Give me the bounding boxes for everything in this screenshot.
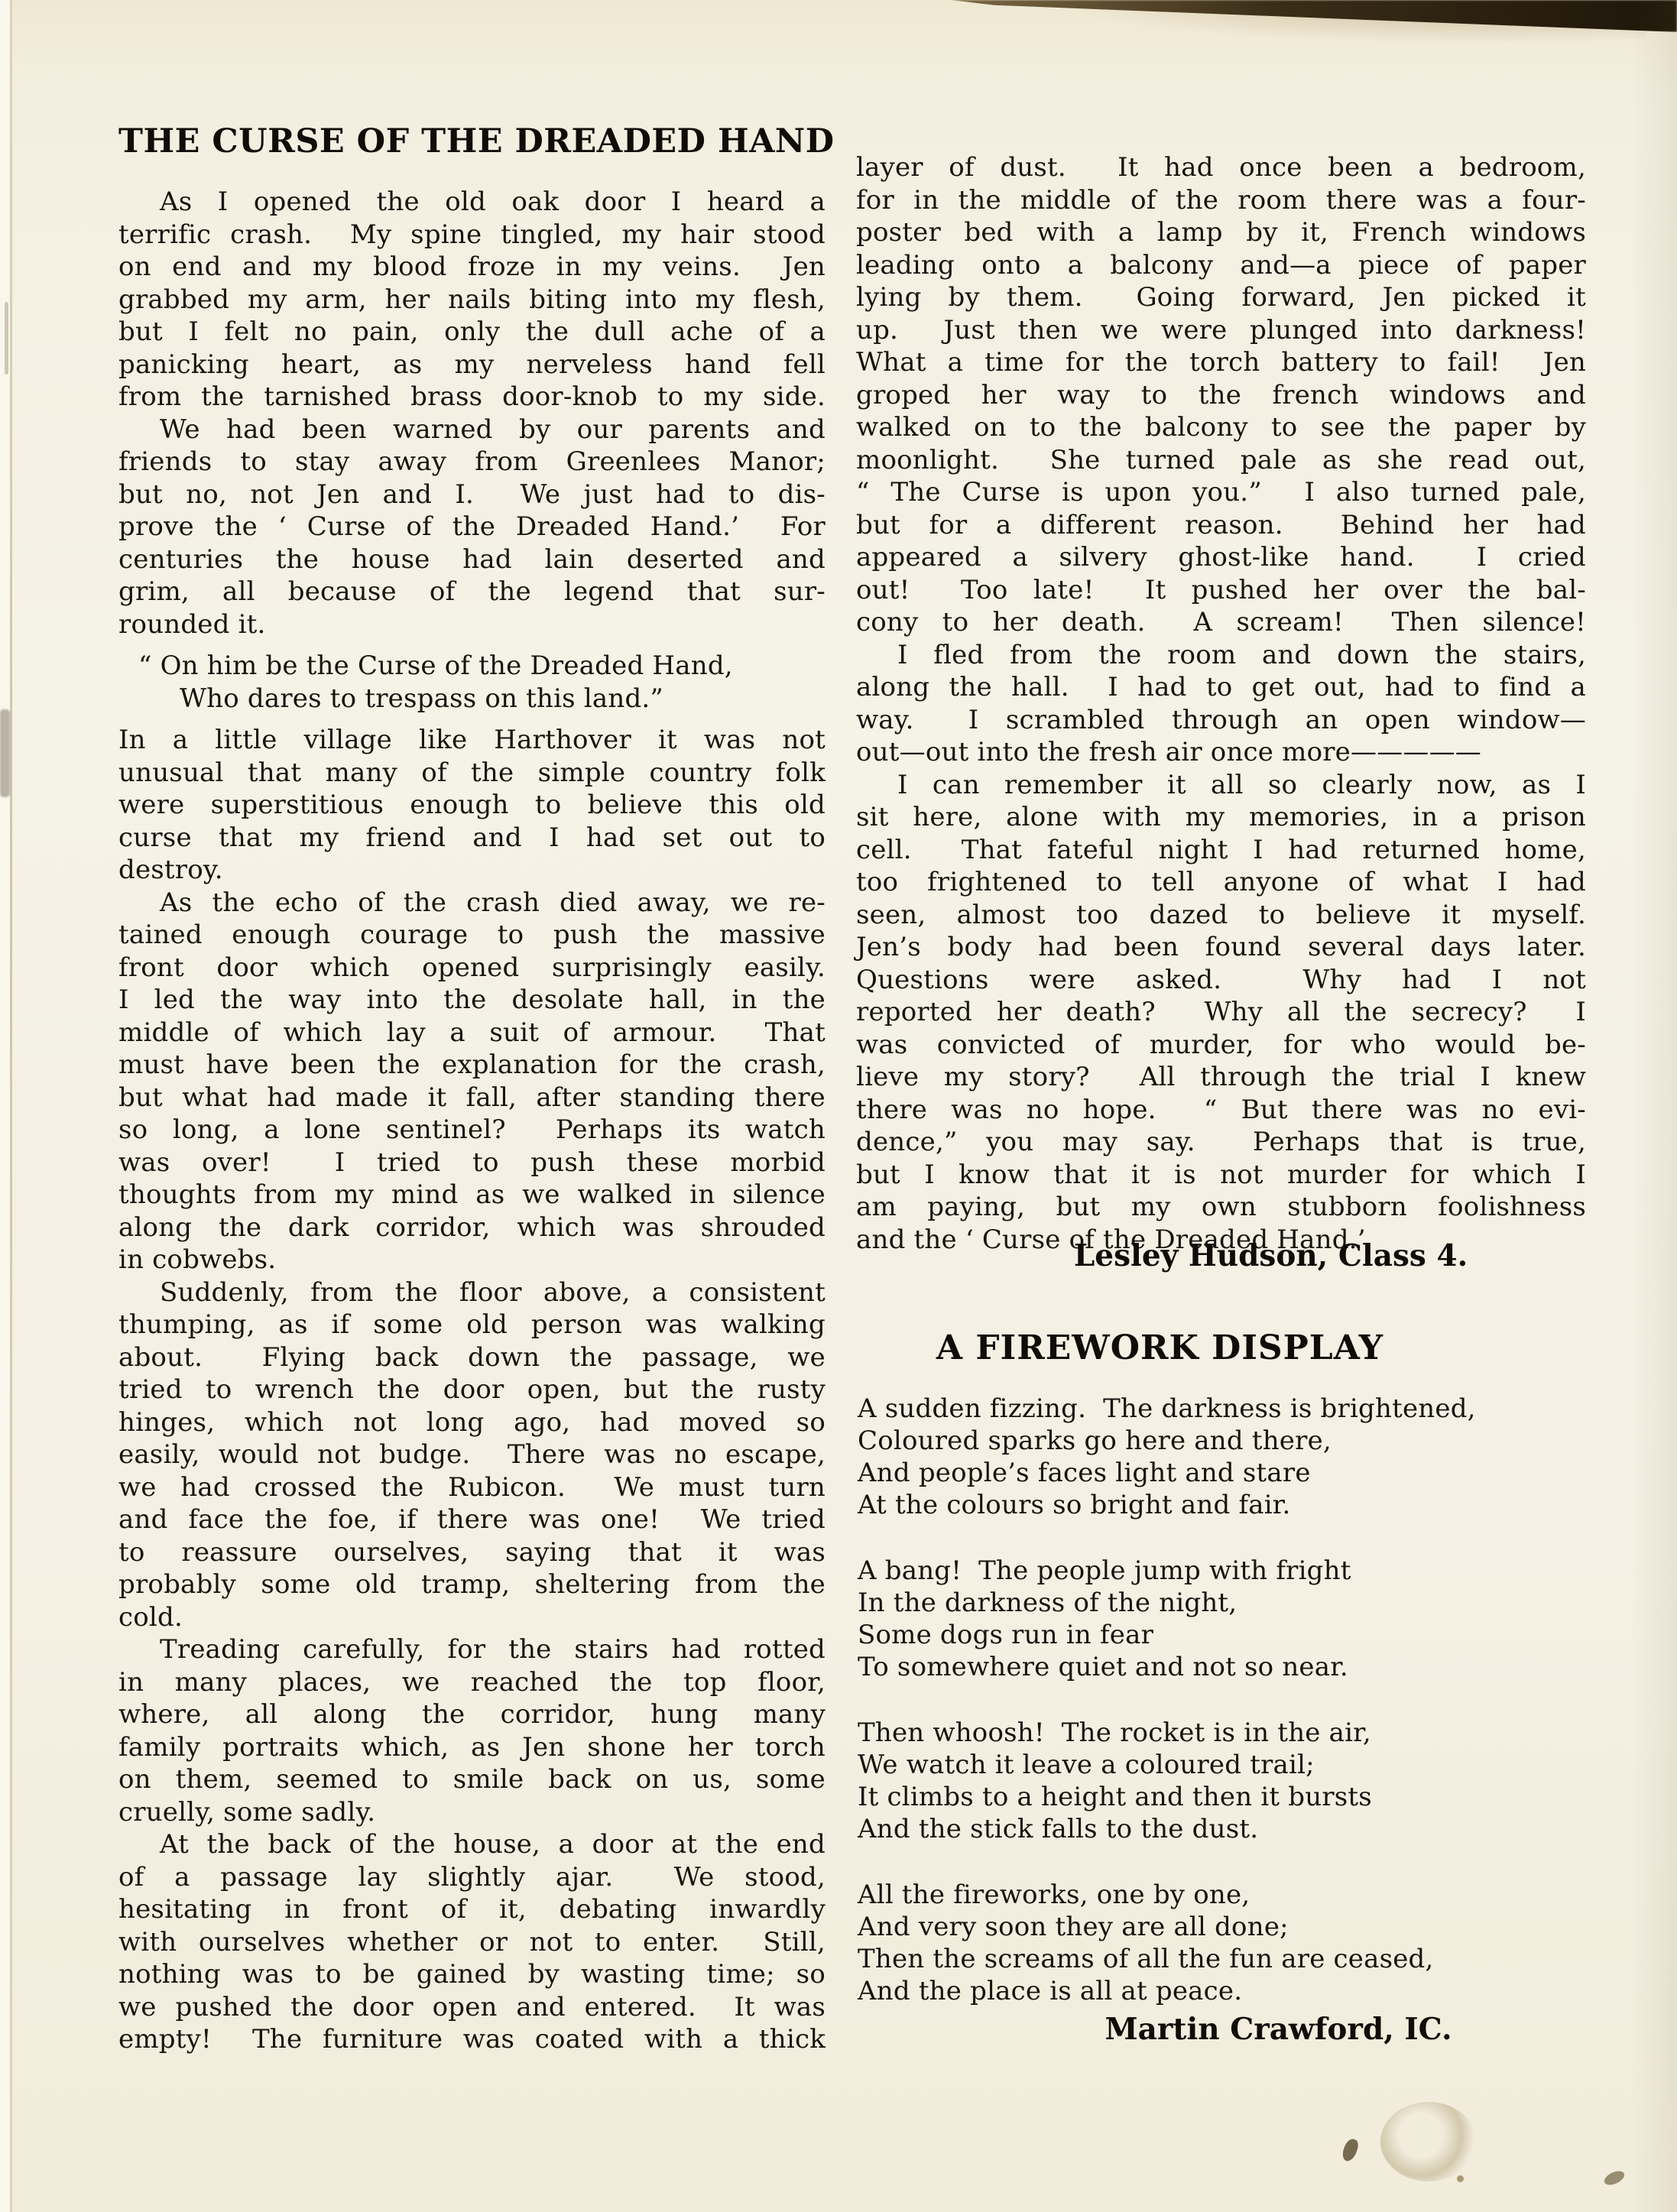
- text-line: sit here, alone with my memories, in a p…: [856, 801, 1586, 834]
- poem-line: And very soon they are all done;: [858, 1911, 1588, 1943]
- text-line: am paying, but my own stubborn foolishne…: [856, 1191, 1586, 1224]
- text-line: friends to stay away from Greenlees Mano…: [118, 446, 826, 478]
- text-line: I led the way into the desolate hall, in…: [118, 984, 826, 1017]
- scan-stain: [1380, 2102, 1477, 2181]
- text-line: but I felt no pain, only the dull ache o…: [118, 316, 826, 349]
- text-line: Who dares to trespass on this land.”: [118, 683, 826, 715]
- poem-line: Then the screams of all the fun are ceas…: [858, 1943, 1588, 1975]
- text-line: tained enough courage to push the massiv…: [118, 919, 826, 952]
- text-line: “ The Curse is upon you.” I also turned …: [856, 476, 1586, 509]
- poem-line: We watch it leave a coloured trail;: [858, 1749, 1588, 1781]
- text-line: grabbed my arm, her nails biting into my…: [118, 284, 826, 316]
- text-line: Jen’s body had been found several days l…: [856, 931, 1586, 964]
- poem-stanza: A sudden fizzing. The darkness is bright…: [858, 1393, 1588, 1521]
- page-binding-line: [10, 0, 12, 2212]
- text-line: unusual that many of the simple country …: [118, 757, 826, 790]
- poem-stanza: All the fireworks, one by one,And very s…: [858, 1879, 1588, 2007]
- text-line: out—out into the fresh air once more————…: [856, 736, 1586, 769]
- text-line: moonlight. She turned pale as she read o…: [856, 444, 1586, 477]
- text-line: groped her way to the french windows and: [856, 379, 1586, 412]
- poem-line: At the colours so bright and fair.: [858, 1489, 1588, 1521]
- text-line: for in the middle of the room there was …: [856, 184, 1586, 217]
- scan-edge-mark: [5, 302, 8, 375]
- poem-line: Some dogs run in fear: [858, 1619, 1588, 1651]
- text-line: Treading carefully, for the stairs had r…: [118, 1633, 826, 1666]
- text-line: about. Flying back down the passage, we: [118, 1341, 826, 1374]
- text-line: walked on to the balcony to see the pape…: [856, 411, 1586, 444]
- text-line: easily, would not budge. There was no es…: [118, 1438, 826, 1471]
- poem-line: Coloured sparks go here and there,: [858, 1425, 1588, 1457]
- scan-stain: [1457, 2175, 1464, 2182]
- text-line: to reassure ourselves, saying that it wa…: [118, 1536, 826, 1569]
- text-line: middle of which lay a suit of armour. Th…: [118, 1017, 826, 1049]
- poem-line: It climbs to a height and then it bursts: [858, 1781, 1588, 1813]
- text-line: rounded it.: [118, 608, 826, 641]
- text-line: probably some old tramp, sheltering from…: [118, 1568, 826, 1601]
- text-line: family portraits which, as Jen shone her…: [118, 1731, 826, 1764]
- text-line: leading onto a balcony and—a piece of pa…: [856, 249, 1586, 282]
- text-line: on them, seemed to smile back on us, som…: [118, 1763, 826, 1796]
- text-line: tried to wrench the door open, but the r…: [118, 1374, 826, 1406]
- scan-stain: [1341, 2137, 1360, 2163]
- text-line: lying by them. Going forward, Jen picked…: [856, 281, 1586, 314]
- text-line: cold.: [118, 1601, 826, 1634]
- text-line: prove the ‘ Curse of the Dreaded Hand.’ …: [118, 511, 826, 543]
- text-line: As the echo of the crash died away, we r…: [118, 887, 826, 920]
- text-line: but no, not Jen and I. We just had to di…: [118, 478, 826, 511]
- text-line: Suddenly, from the floor above, a consis…: [118, 1276, 826, 1309]
- text-line: out! Too late! It pushed her over the ba…: [856, 574, 1586, 607]
- scan-edge-mark: [0, 709, 10, 797]
- text-line: where, all along the corridor, hung many: [118, 1698, 826, 1731]
- poem-line: To somewhere quiet and not so near.: [858, 1651, 1588, 1683]
- story-right-column: layer of dust. It had once been a bedroo…: [856, 151, 1586, 1256]
- text-line: cell. That fateful night I had returned …: [856, 834, 1586, 867]
- poem-line: A bang! The people jump with fright: [858, 1555, 1588, 1587]
- text-line: must have been the explanation for the c…: [118, 1049, 826, 1082]
- story-byline: Lesley Hudson, Class 4.: [856, 1238, 1586, 1273]
- text-line: As I opened the old oak door I heard a: [118, 186, 826, 219]
- story-left-column: As I opened the old oak door I heard ate…: [118, 186, 826, 2056]
- text-line: I can remember it all so clearly now, as…: [856, 769, 1586, 802]
- text-line: “ On him be the Curse of the Dreaded Han…: [118, 650, 826, 683]
- text-line: centuries the house had lain deserted an…: [118, 543, 826, 576]
- poem-body: A sudden fizzing. The darkness is bright…: [858, 1393, 1588, 2041]
- text-line: in cobwebs.: [118, 1244, 826, 1276]
- text-line: but for a different reason. Behind her h…: [856, 509, 1586, 542]
- poem-stanza: Then whoosh! The rocket is in the air,We…: [858, 1717, 1588, 1845]
- text-line: At the back of the house, a door at the …: [118, 1828, 826, 1861]
- text-line: What a time for the torch battery to fai…: [856, 346, 1586, 379]
- text-line: along the dark corridor, which was shrou…: [118, 1211, 826, 1244]
- text-line: terrific crash. My spine tingled, my hai…: [118, 219, 826, 251]
- text-line: I fled from the room and down the stairs…: [856, 639, 1586, 672]
- text-line: were superstitious enough to believe thi…: [118, 789, 826, 822]
- text-line: We had been warned by our parents and: [118, 414, 826, 446]
- text-line: layer of dust. It had once been a bedroo…: [856, 151, 1586, 184]
- poem-title: A FIREWORK DISPLAY: [856, 1328, 1586, 1367]
- text-line: cruelly, some sadly.: [118, 1796, 826, 1829]
- text-line: lieve my story? All through the trial I …: [856, 1061, 1586, 1094]
- poem-line: And the stick falls to the dust.: [858, 1813, 1588, 1845]
- text-line: along the hall. I had to get out, had to…: [856, 671, 1586, 704]
- text-line: Questions were asked. Why had I not: [856, 964, 1586, 997]
- poem-line: A sudden fizzing. The darkness is bright…: [858, 1393, 1588, 1425]
- text-line: grim, all because of the legend that sur…: [118, 576, 826, 608]
- text-line: empty! The furniture was coated with a t…: [118, 2023, 826, 2056]
- text-line: poster bed with a lamp by it, French win…: [856, 216, 1586, 249]
- poem-byline: Martin Crawford, IC.: [856, 2012, 1586, 2047]
- poem-line: And people’s faces light and stare: [858, 1457, 1588, 1489]
- text-line: hesitating in front of it, debating inwa…: [118, 1893, 826, 1926]
- text-line: panicking heart, as my nerveless hand fe…: [118, 349, 826, 381]
- text-line: was convicted of murder, for who would b…: [856, 1029, 1586, 1062]
- text-line: front door which opened surprisingly eas…: [118, 952, 826, 984]
- text-line: thumping, as if some old person was walk…: [118, 1309, 826, 1341]
- text-line: up. Just then we were plunged into darkn…: [856, 314, 1586, 347]
- text-line: reported her death? Why all the secrecy?…: [856, 996, 1586, 1029]
- text-line: we pushed the door open and entered. It …: [118, 1991, 826, 2024]
- text-line: way. I scrambled through an open window—: [856, 704, 1586, 737]
- text-line: hinges, which not long ago, had moved so: [118, 1406, 826, 1439]
- text-line: with ourselves whether or not to enter. …: [118, 1926, 826, 1959]
- poem-line: All the fireworks, one by one,: [858, 1879, 1588, 1911]
- poem-line: Then whoosh! The rocket is in the air,: [858, 1717, 1588, 1749]
- story-title: THE CURSE OF THE DREADED HAND: [118, 122, 826, 161]
- poem-stanza: A bang! The people jump with frightIn th…: [858, 1555, 1588, 1683]
- scan-stain: [1602, 2168, 1627, 2188]
- text-line: there was no hope. “ But there was no ev…: [856, 1094, 1586, 1127]
- poem-line: And the place is all at peace.: [858, 1975, 1588, 2007]
- text-line: on end and my blood froze in my veins. J…: [118, 251, 826, 284]
- text-line: of a passage lay slightly ajar. We stood…: [118, 1861, 826, 1894]
- scanned-magazine-page: { "palette": { "paper": "#f4f0e3", "ink"…: [0, 0, 1677, 2212]
- text-line: seen, almost too dazed to believe it mys…: [856, 899, 1586, 932]
- text-line: cony to her death. A scream! Then silenc…: [856, 606, 1586, 639]
- text-line: and face the foe, if there was one! We t…: [118, 1503, 826, 1536]
- text-line: dence,” you may say. Perhaps that is tru…: [856, 1126, 1586, 1159]
- text-line: curse that my friend and I had set out t…: [118, 822, 826, 855]
- text-line: but what had made it fall, after standin…: [118, 1082, 826, 1114]
- scan-right-vignette: [1631, 0, 1677, 2212]
- text-line: we had crossed the Rubicon. We must turn: [118, 1471, 826, 1504]
- text-line: in many places, we reached the top floor…: [118, 1666, 826, 1699]
- text-line: too frightened to tell anyone of what I …: [856, 866, 1586, 899]
- text-line: was over! I tried to push these morbid: [118, 1147, 826, 1179]
- text-line: thoughts from my mind as we walked in si…: [118, 1179, 826, 1211]
- text-line: appeared a silvery ghost-like hand. I cr…: [856, 541, 1586, 574]
- text-line: nothing was to be gained by wasting time…: [118, 1958, 826, 1991]
- text-line: so long, a lone sentinel? Perhaps its wa…: [118, 1114, 826, 1147]
- text-line: but I know that it is not murder for whi…: [856, 1159, 1586, 1192]
- text-line: destroy.: [118, 854, 826, 887]
- poem-line: In the darkness of the night,: [858, 1587, 1588, 1619]
- text-line: In a little village like Harthover it wa…: [118, 724, 826, 757]
- text-line: from the tarnished brass door-knob to my…: [118, 381, 826, 414]
